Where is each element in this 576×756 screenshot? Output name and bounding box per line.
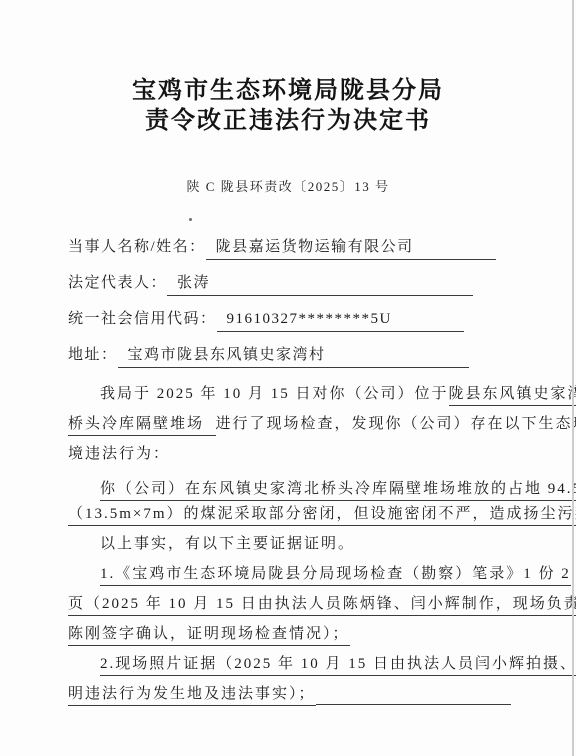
violation-description-underlined-cont: （13.5m×7m）的煤泥采取部分密闭，但设施密闭不严，造成扬尘污染。 bbox=[68, 506, 576, 526]
evidence-item-1-line-2: 页（2025 年 10 月 15 日由执法人员陈炳锋、闫小辉制作，现场负责人 bbox=[68, 589, 558, 619]
body-line-5: （13.5m×7m）的煤泥采取部分密闭，但设施密闭不严，造成扬尘污染。 bbox=[68, 499, 558, 529]
evidence-1-underlined-end: 陈刚签字确认，证明现场检查情况）； bbox=[68, 626, 350, 646]
inspection-site-underlined-cont: 桥头冷库隔壁堆场 bbox=[68, 416, 216, 436]
field-label-address: 地址： bbox=[68, 343, 118, 364]
field-label-party-name: 当事人名称/姓名： bbox=[68, 235, 206, 256]
document-page: 宝鸡市生态环境局陇县分局 责令改正违法行为决定书 陕 C 陇县环责改〔2025〕… bbox=[0, 0, 576, 756]
field-value-credit-code: 91610327********5U bbox=[217, 311, 464, 332]
scan-speck bbox=[189, 218, 192, 221]
field-label-credit-code: 统一社会信用代码： bbox=[68, 307, 217, 328]
evidence-item-1-line-1: 1.《宝鸡市生态环境局陇县分局现场检查（勘察）笔录》1 份 2 bbox=[68, 559, 558, 589]
violation-intro-text: 境违法行为： bbox=[68, 446, 170, 462]
evidence-item-2-line-1: 2.现场照片证据（2025 年 10 月 15 日由执法人员闫小辉拍摄、证 bbox=[68, 649, 558, 679]
party-info-section: 当事人名称/姓名： 陇县嘉运货物运输有限公司 法定代表人： 张涛 统一社会信用代… bbox=[68, 235, 548, 368]
field-value-legal-representative: 张涛 bbox=[167, 271, 473, 296]
evidence-1-underlined: 1.《宝鸡市生态环境局陇县分局现场检查（勘察）笔录》1 份 2 bbox=[100, 566, 571, 586]
body-line-6: 以上事实，有以下主要证据证明。 bbox=[68, 529, 558, 559]
document-number: 陕 C 陇县环责改〔2025〕13 号 bbox=[0, 176, 576, 195]
field-label-legal-representative: 法定代表人： bbox=[68, 271, 167, 292]
document-title: 宝鸡市生态环境局陇县分局 责令改正违法行为决定书 bbox=[0, 0, 576, 136]
blank-underline-extension bbox=[316, 692, 511, 705]
body-line-1: 我局于 2025 年 10 月 15 日对你（公司）位于陇县东风镇史家湾北 bbox=[68, 379, 558, 409]
body-line-2: 桥头冷库隔壁堆场 进行了现场检查，发现你（公司）存在以下生态环 bbox=[68, 409, 558, 439]
body-line-4: 你（公司）在东风镇史家湾北桥头冷库隔壁堆场堆放的占地 94.5m2 bbox=[68, 469, 558, 499]
evidence-2-underlined-end: 明违法行为发生地及违法事实）； bbox=[68, 686, 316, 706]
evidence-1-underlined-cont: 页（2025 年 10 月 15 日由执法人员陈炳锋、闫小辉制作，现场负责人 bbox=[68, 596, 576, 616]
field-row-party-name: 当事人名称/姓名： 陇县嘉运货物运输有限公司 bbox=[68, 235, 548, 260]
field-value-party-name: 陇县嘉运货物运输有限公司 bbox=[206, 235, 496, 260]
inspection-intro-text: 我局于 2025 年 10 月 15 日对你（公司）位于 bbox=[100, 386, 449, 402]
title-line-2: 责令改正违法行为决定书 bbox=[0, 106, 576, 136]
violation-text: 你（公司）在东风镇史家湾北桥头冷库隔壁堆场堆放的占地 94.5m bbox=[100, 481, 576, 497]
evidence-2-underlined: 2.现场照片证据（2025 年 10 月 15 日由执法人员闫小辉拍摄、证 bbox=[100, 656, 576, 676]
field-row-credit-code: 统一社会信用代码： 91610327********5U bbox=[68, 307, 548, 332]
field-row-legal-representative: 法定代表人： 张涛 bbox=[68, 271, 548, 296]
body-line-3: 境违法行为： bbox=[68, 439, 558, 469]
scan-edge-line bbox=[572, 0, 574, 756]
evidence-intro-text: 以上事实，有以下主要证据证明。 bbox=[100, 536, 355, 552]
title-line-1: 宝鸡市生态环境局陇县分局 bbox=[0, 76, 576, 106]
field-row-address: 地址： 宝鸡市陇县东风镇史家湾村 bbox=[68, 343, 548, 368]
inspection-result-text: 进行了现场检查，发现你（公司）存在以下生态环 bbox=[216, 416, 576, 432]
evidence-item-1-line-3: 陈刚签字确认，证明现场检查情况）； bbox=[68, 619, 558, 649]
inspection-site-underlined: 陇县东风镇史家湾北 bbox=[449, 386, 576, 406]
evidence-item-2-line-2: 明违法行为发生地及违法事实）； bbox=[68, 679, 558, 709]
violation-description-underlined: 你（公司）在东风镇史家湾北桥头冷库隔壁堆场堆放的占地 94.5m2 bbox=[100, 481, 576, 501]
field-value-address: 宝鸡市陇县东风镇史家湾村 bbox=[118, 343, 469, 368]
document-body: 我局于 2025 年 10 月 15 日对你（公司）位于陇县东风镇史家湾北 桥头… bbox=[68, 379, 558, 709]
